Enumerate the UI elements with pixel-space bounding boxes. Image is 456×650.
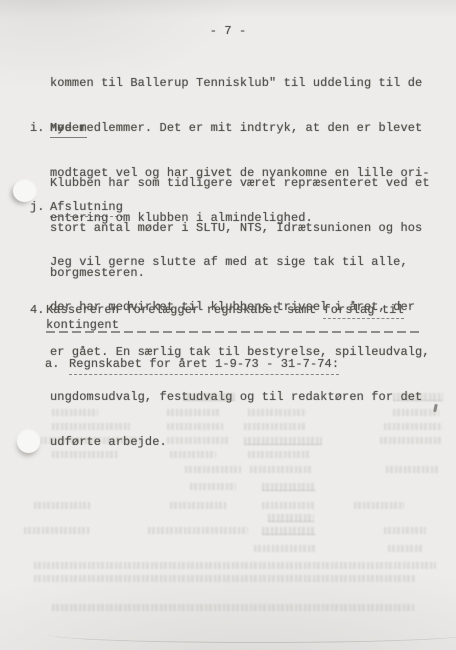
bleedthrough-text-trace xyxy=(34,575,416,582)
punch-hole-top xyxy=(13,180,36,202)
bleedthrough-text-trace xyxy=(262,527,316,535)
item4-heading-text: Kassereren forelægger regnskabet samt xyxy=(46,303,323,317)
section-marker-i: i. xyxy=(30,121,45,136)
bleedthrough-text-trace xyxy=(148,527,248,534)
subitem-a-title: Regnskabet for året 1-9-73 - 31-7-74: xyxy=(69,357,339,375)
page-number: - 7 - xyxy=(0,24,456,39)
bleedthrough-text-trace xyxy=(384,527,426,534)
punch-hole-bottom xyxy=(17,430,40,453)
bleedthrough-text-trace xyxy=(262,502,316,509)
bleedthrough-text-trace xyxy=(354,502,404,509)
bleedthrough-text-trace xyxy=(34,502,90,509)
item4-heading-line1: Kassereren forelægger regnskabet samt fo… xyxy=(46,303,404,318)
text-line: udførte arbejde. xyxy=(50,435,430,450)
bleedthrough-text-trace xyxy=(24,527,90,534)
section-marker-j: j. xyxy=(30,200,45,215)
text-line: ungdomsudvalg, festudvalg og til redaktø… xyxy=(50,390,430,405)
item4-heading-underlined: forslag til xyxy=(323,303,403,319)
subitem-a-marker: a. xyxy=(45,357,60,372)
section-heading-moeder: Møder xyxy=(50,121,87,138)
bleedthrough-text-trace xyxy=(254,545,316,552)
bleedthrough-text-trace xyxy=(190,483,236,490)
bleedthrough-text-trace xyxy=(34,562,436,569)
text-line: Jeg vil gerne slutte af med at sige tak … xyxy=(50,255,430,270)
typewriter-dashed-rule xyxy=(46,331,423,333)
bleedthrough-text-trace xyxy=(388,545,424,552)
bleedthrough-text-trace xyxy=(170,502,226,509)
item4-marker: 4. xyxy=(30,303,45,318)
section-heading-afslutning: Afslutning xyxy=(50,200,123,217)
paper-edge-shadow xyxy=(48,626,456,643)
text-line: kommen til Ballerup Tennisklub" til udde… xyxy=(50,76,430,91)
section-paragraph-afslutning: Jeg vil gerne slutte af med at sige tak … xyxy=(50,225,430,480)
bleedthrough-text-trace xyxy=(268,514,314,522)
bleedthrough-text-trace xyxy=(52,604,414,611)
bleedthrough-text-trace xyxy=(262,483,316,491)
text-line: Klubben har som tidligere været repræsen… xyxy=(50,176,430,191)
scanned-document-page: - 7 - kommen til Ballerup Tennisklub" ti… xyxy=(0,0,456,650)
text-line: nye medlemmer. Det er mit indtryk, at de… xyxy=(50,121,430,136)
